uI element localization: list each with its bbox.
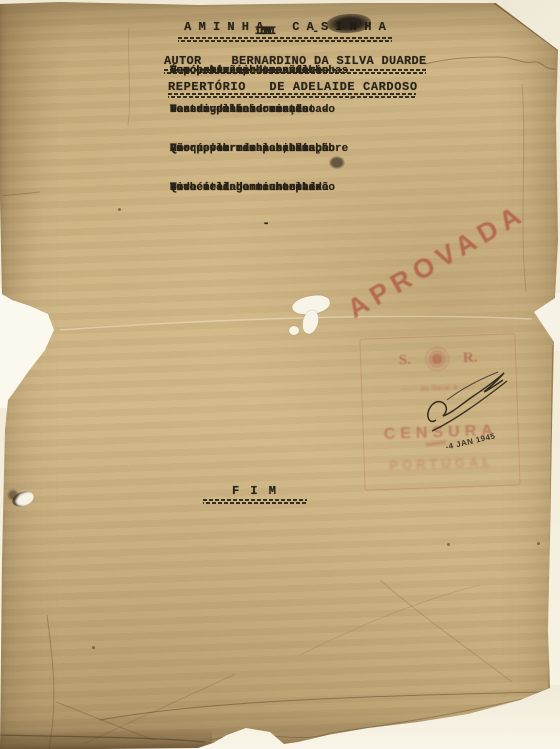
censor-initial-left: S.	[399, 351, 412, 368]
paper-hole-shadow	[8, 490, 18, 500]
poem-line: Nessa velhinha morada	[170, 104, 362, 117]
end-mark: F I M	[150, 484, 360, 498]
overstrike-ink-blot	[329, 156, 345, 169]
paper-speck	[350, 96, 353, 99]
paper-speck	[447, 543, 450, 546]
poem-line: Mora nela gente honrada	[170, 182, 362, 195]
paper-speck	[118, 208, 121, 211]
paper-damage-spot	[289, 326, 299, 335]
paper-speck	[92, 646, 95, 649]
poem-line: Que é pobre mas sendo pobre	[170, 143, 362, 156]
document-page: A M I N H A C A S I N H A AUTOR BERNARDI…	[0, 0, 560, 749]
scanned-document: A M I N H A C A S I N H A AUTOR BERNARDI…	[0, 0, 560, 749]
paper-speck	[537, 542, 540, 545]
coat-of-arms-emblem-icon	[424, 347, 449, 372]
censor-stamp-initials: S. R.	[361, 344, 516, 373]
aprovada-stamp: APROVADA	[342, 198, 531, 325]
portugal-label: PORTUGAL	[365, 453, 519, 473]
censor-stamp: S. R. ·······ão Geral d······· CENSURA P…	[359, 333, 520, 490]
bottom-left-edge-shadow	[0, 728, 212, 749]
censor-initial-right: R.	[463, 349, 478, 366]
stanza-separator-dash	[170, 219, 362, 229]
stanza-5: V E só amôr se desenvolve Nessa velhinha…	[170, 0, 362, 255]
censor-stamp-small-line: ·······ão Geral d·······	[362, 382, 516, 394]
end-mark-underline	[203, 499, 307, 504]
poem-line: E só amôr se desenvolve	[170, 65, 362, 78]
